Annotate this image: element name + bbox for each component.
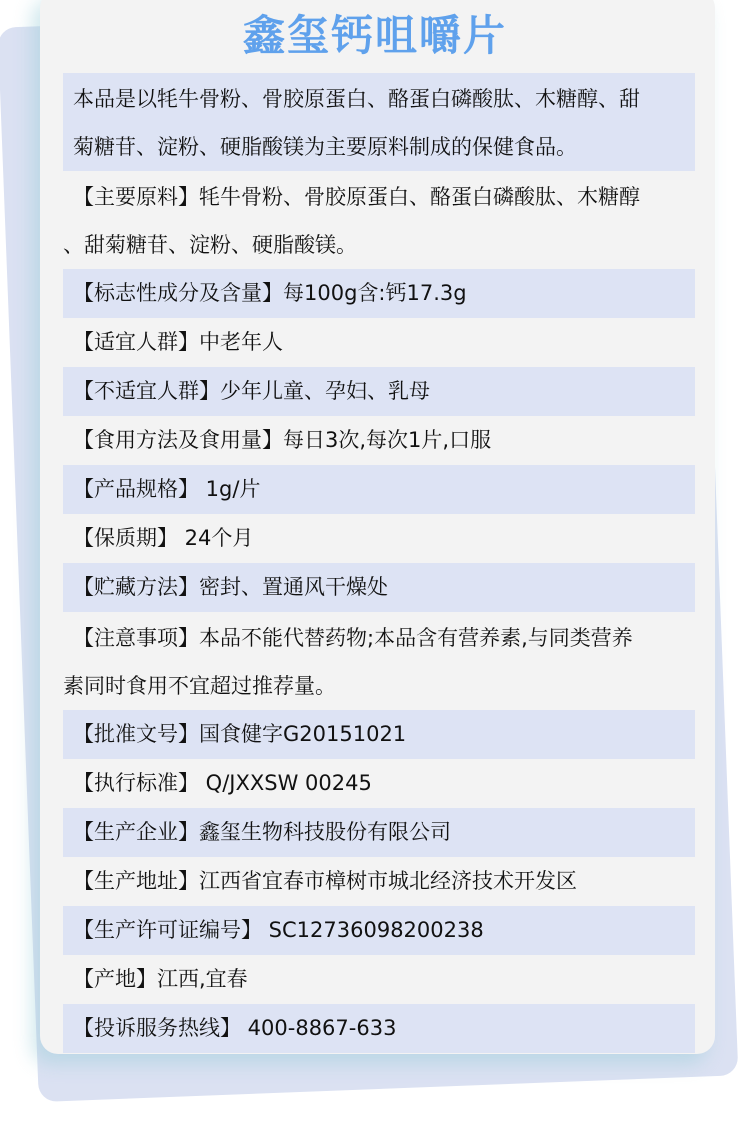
notes-line-1: 【注意事项】本品不能代替药物;本品含有营养素,与同类营养 xyxy=(73,612,685,662)
spec-row-license: 【生产许可证编号】 SC12736098200238 xyxy=(63,906,695,955)
approval-number-label: 【批准文号】 xyxy=(73,722,199,746)
shelf-life-label: 【保质期】 xyxy=(73,526,178,550)
intro-line-1: 本品是以牦牛骨粉、骨胶原蛋白、酪蛋白磷酸肽、木糖醇、甜 xyxy=(73,73,685,123)
standard-value: Q/JXXSW 00245 xyxy=(199,771,372,795)
spec-row-dosage: 【食用方法及食用量】每日3次,每次1片,口服 xyxy=(63,416,695,465)
manufacturer-label: 【生产企业】 xyxy=(73,820,199,844)
hotline-value: 400-8867-633 xyxy=(241,1016,396,1040)
hotline-label: 【投诉服务热线】 xyxy=(73,1016,241,1040)
spec-row-shelf-life: 【保质期】 24个月 xyxy=(63,514,695,563)
suitable-group-value: 中老年人 xyxy=(199,330,283,354)
spec-row-storage: 【贮藏方法】密封、置通风干燥处 xyxy=(63,563,695,612)
shelf-life-value: 24个月 xyxy=(178,526,253,550)
product-title: 鑫玺钙咀嚼片 xyxy=(0,10,750,62)
spec-row-key-ingredient: 【标志性成分及含量】每100g含:钙17.3g xyxy=(63,269,695,318)
spec-row-standard: 【执行标准】 Q/JXXSW 00245 xyxy=(63,759,695,808)
spec-row-hotline: 【投诉服务热线】 400-8867-633 xyxy=(63,1004,695,1053)
license-label: 【生产许可证编号】 xyxy=(73,918,262,942)
spec-row-main-ingredients: 【主要原料】牦牛骨粉、骨胶原蛋白、酪蛋白磷酸肽、木糖醇 、甜菊糖苷、淀粉、硬脂酸… xyxy=(63,171,695,269)
spec-row-suitable-group: 【适宜人群】中老年人 xyxy=(63,318,695,367)
standard-label: 【执行标准】 xyxy=(73,771,199,795)
spec-row-origin: 【产地】江西,宜春 xyxy=(63,955,695,1004)
specification-value: 1g/片 xyxy=(199,477,260,501)
main-ingredients-line-2: 、甜菊糖苷、淀粉、硬脂酸镁。 xyxy=(63,221,685,269)
manufacturer-value: 鑫玺生物科技股份有限公司 xyxy=(199,820,451,844)
main-ingredients-line-1: 【主要原料】牦牛骨粉、骨胶原蛋白、酪蛋白磷酸肽、木糖醇 xyxy=(73,171,685,221)
dosage-value: 每日3次,每次1片,口服 xyxy=(283,428,491,452)
product-spec-table: 本品是以牦牛骨粉、骨胶原蛋白、酪蛋白磷酸肽、木糖醇、甜 菊糖苷、淀粉、硬脂酸镁为… xyxy=(63,73,695,1053)
key-ingredient-label: 【标志性成分及含量】 xyxy=(73,281,283,305)
notes-line-2: 素同时食用不宜超过推荐量。 xyxy=(63,662,685,710)
address-value: 江西省宜春市樟树市城北经济技术开发区 xyxy=(199,869,577,893)
key-ingredient-value: 每100g含:钙17.3g xyxy=(283,281,467,305)
origin-label: 【产地】 xyxy=(73,967,157,991)
unsuitable-group-label: 【不适宜人群】 xyxy=(73,379,220,403)
license-value: SC12736098200238 xyxy=(262,918,484,942)
intro-line-2: 菊糖苷、淀粉、硬脂酸镁为主要原料制成的保健食品。 xyxy=(73,123,685,171)
spec-row-address: 【生产地址】江西省宜春市樟树市城北经济技术开发区 xyxy=(63,857,695,906)
address-label: 【生产地址】 xyxy=(73,869,199,893)
dosage-label: 【食用方法及食用量】 xyxy=(73,428,283,452)
spec-row-manufacturer: 【生产企业】鑫玺生物科技股份有限公司 xyxy=(63,808,695,857)
spec-row-unsuitable-group: 【不适宜人群】少年儿童、孕妇、乳母 xyxy=(63,367,695,416)
spec-row-approval-number: 【批准文号】国食健字G20151021 xyxy=(63,710,695,759)
specification-label: 【产品规格】 xyxy=(73,477,199,501)
approval-number-value: 国食健字G20151021 xyxy=(199,722,406,746)
origin-value: 江西,宜春 xyxy=(157,967,248,991)
storage-value: 密封、置通风干燥处 xyxy=(199,575,388,599)
unsuitable-group-value: 少年儿童、孕妇、乳母 xyxy=(220,379,430,403)
spec-row-notes: 【注意事项】本品不能代替药物;本品含有营养素,与同类营养 素同时食用不宜超过推荐… xyxy=(63,612,695,710)
storage-label: 【贮藏方法】 xyxy=(73,575,199,599)
spec-row-intro: 本品是以牦牛骨粉、骨胶原蛋白、酪蛋白磷酸肽、木糖醇、甜 菊糖苷、淀粉、硬脂酸镁为… xyxy=(63,73,695,171)
spec-row-specification: 【产品规格】 1g/片 xyxy=(63,465,695,514)
suitable-group-label: 【适宜人群】 xyxy=(73,330,199,354)
